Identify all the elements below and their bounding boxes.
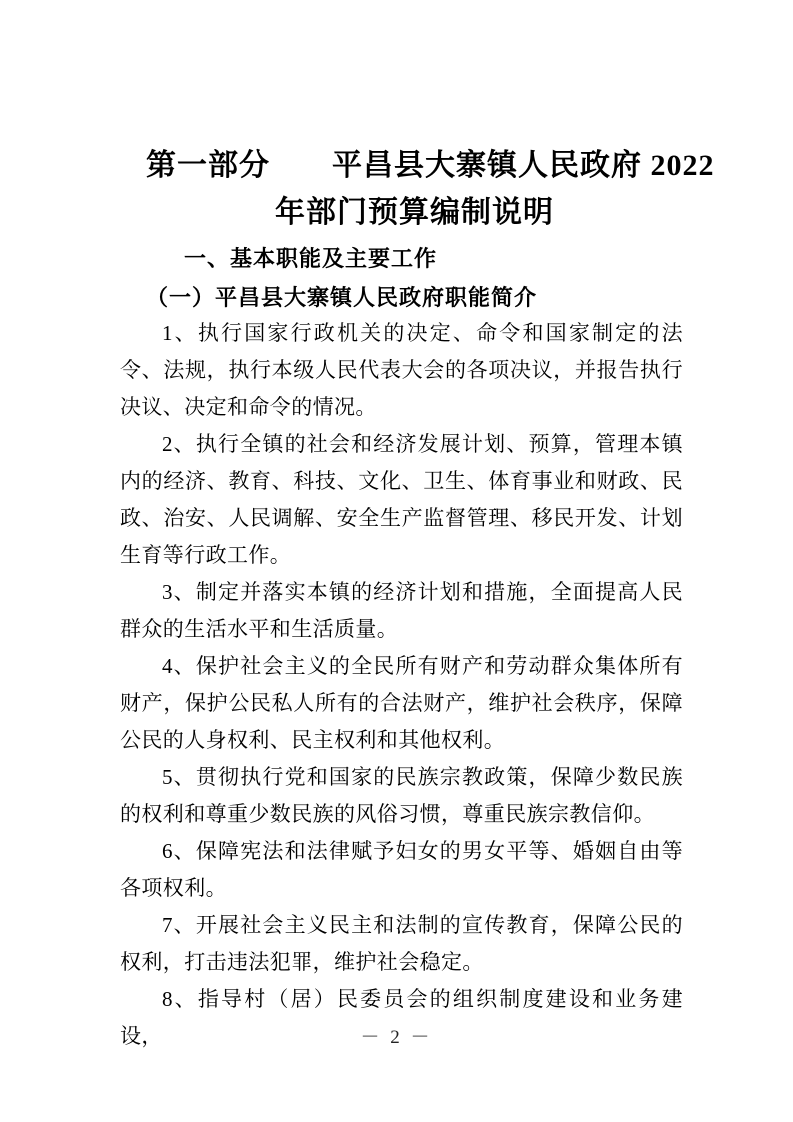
title-line-1: 第一部分 平昌县大寨镇人民政府 2022 <box>146 142 683 189</box>
section-heading: 一、基本职能及主要工作 <box>120 243 683 275</box>
document-title: 第一部分 平昌县大寨镇人民政府 2022 年部门预算编制说明 <box>120 142 683 236</box>
paragraph-6: 6、保障宪法和法律赋予妇女的男女平等、婚姻自由等各项权利。 <box>120 833 683 907</box>
paragraph-2: 2、执行全镇的社会和经济发展计划、预算，管理本镇内的经济、教育、科技、文化、卫生… <box>120 426 683 574</box>
page-number: － 2 － <box>0 1022 793 1049</box>
paragraph-1: 1、执行国家行政机关的决定、命令和国家制定的法令、法规，执行本级人民代表大会的各… <box>120 315 683 426</box>
paragraph-7: 7、开展社会主义民主和法制的宣传教育，保障公民的权利，打击违法犯罪，维护社会稳定… <box>120 907 683 981</box>
paragraph-3: 3、制定并落实本镇的经济计划和措施，全面提高人民群众的生活水平和生活质量。 <box>120 574 683 648</box>
paragraph-5: 5、贯彻执行党和国家的民族宗教政策，保障少数民族的权利和尊重少数民族的风俗习惯，… <box>120 759 683 833</box>
document-page: 第一部分 平昌县大寨镇人民政府 2022 年部门预算编制说明 一、基本职能及主要… <box>0 0 793 1122</box>
subsection-heading: （一）平昌县大寨镇人民政府职能简介 <box>120 281 683 315</box>
body-text: 1、执行国家行政机关的决定、命令和国家制定的法令、法规，执行本级人民代表大会的各… <box>120 315 683 1055</box>
title-line-2: 年部门预算编制说明 <box>146 189 683 236</box>
paragraph-4: 4、保护社会主义的全民所有财产和劳动群众集体所有财产，保护公民私人所有的合法财产… <box>120 648 683 759</box>
page-content: 第一部分 平昌县大寨镇人民政府 2022 年部门预算编制说明 一、基本职能及主要… <box>120 142 683 1055</box>
